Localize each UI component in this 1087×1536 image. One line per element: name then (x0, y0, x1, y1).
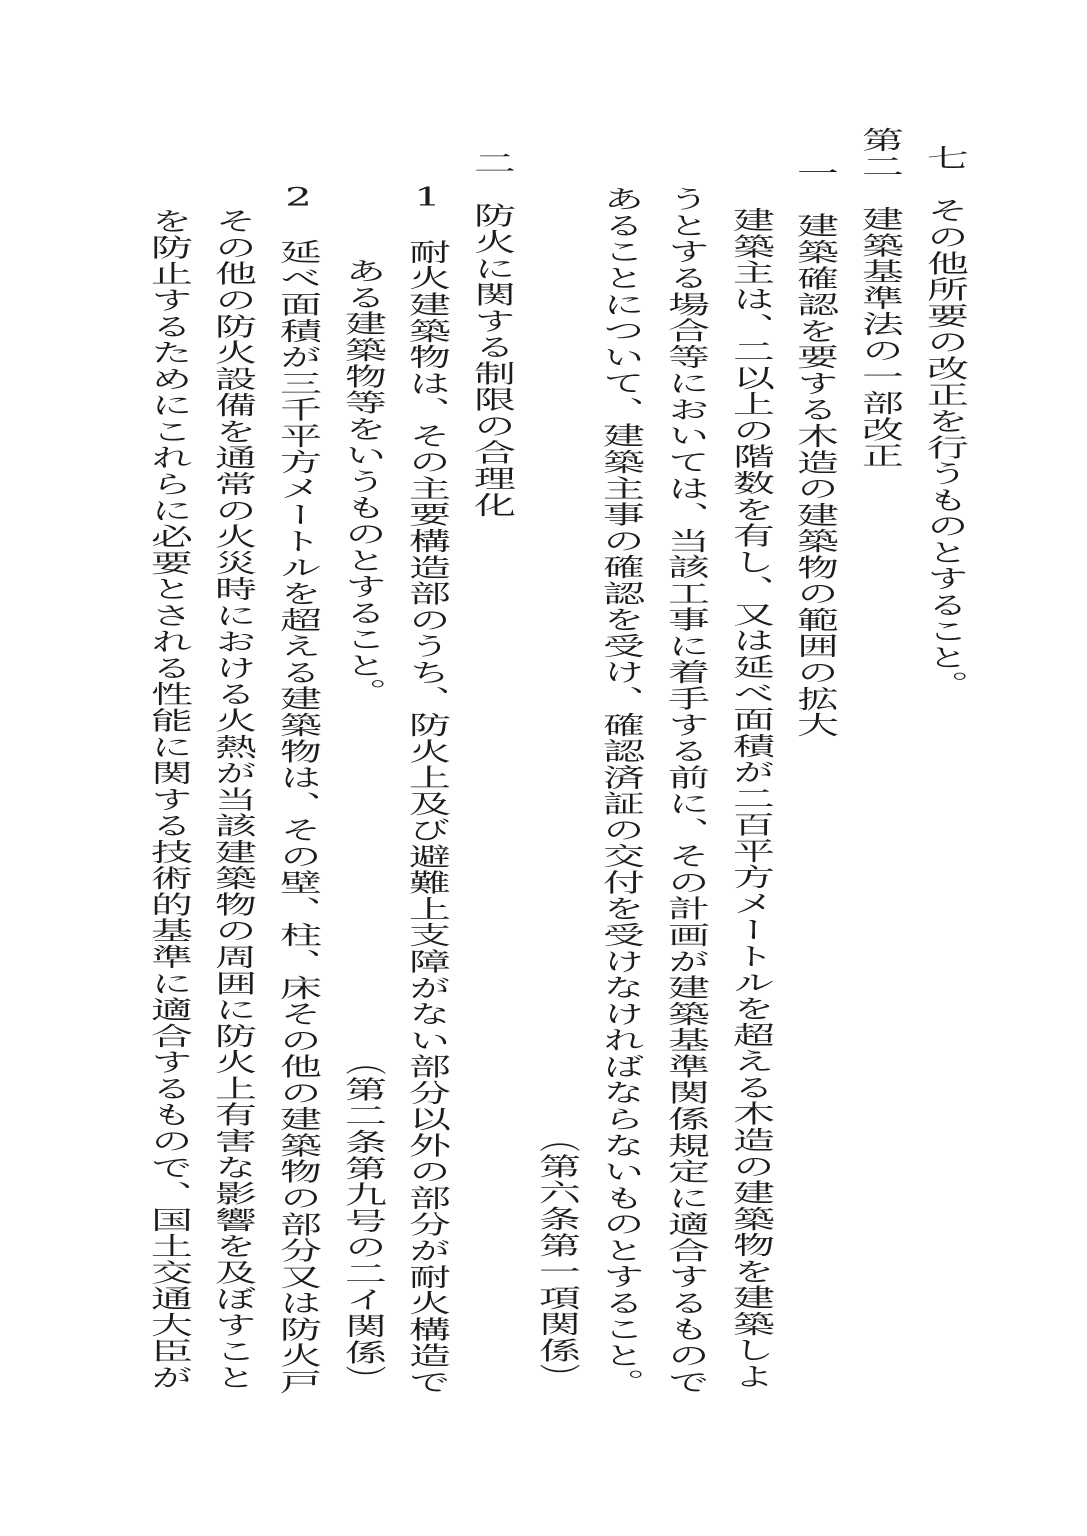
item-two-2-line1: 2 延べ面積が三千平方メートルを超える建築物は、その壁、柱、床その他の建築物の部… (277, 182, 319, 1395)
item-one-para-line2: うとする場合等においては、当該工事に着手する前に、その計画が建築基準関係規定に適… (665, 186, 707, 1395)
item-one-para-line3: あることについて、建築主事の確認を受け、確認済証の交付を受けなければならないもの… (600, 186, 642, 1395)
item-two-1-line2: ある建築物等をいうものとすること。 (342, 258, 384, 705)
item-two-1-ref: （第二条第九号の二イ関係） (342, 1050, 384, 1392)
item-one-para-line1: 建築主は、二以上の階数を有し、又は延べ面積が二百平方メートルを超える木造の建築物… (730, 207, 772, 1390)
item-one-heading: 一 建築確認を要する木造の建築物の範囲の拡大 (794, 160, 836, 738)
heading-dai-ni: 第二 建築基準法の一部改正 (859, 127, 901, 469)
item-two-2-line3: を防止するためにこれらに必要とされる性能に関する技術的基準に適合するもので、国土… (148, 208, 190, 1391)
item-seven: 七 その他所要の改正を行うものとすること。 (924, 145, 966, 697)
document-page: 七 その他所要の改正を行うものとすること。 第二 建築基準法の一部改正 一 建築… (0, 0, 1087, 1536)
item-two-1-line1: 1 耐火建築物は、その主要構造部のうち、防火上及び避難上支障がない部分以外の部分… (406, 182, 448, 1395)
item-one-ref: （第六条第一項関係） (536, 1127, 578, 1390)
item-two-heading: 二 防火に関する制限の合理化 (471, 150, 513, 518)
item-two-2-line2: その他の防火設備を通常の火災時における火熱が当該建築物の周囲に防火上有害な影響を… (212, 208, 254, 1391)
